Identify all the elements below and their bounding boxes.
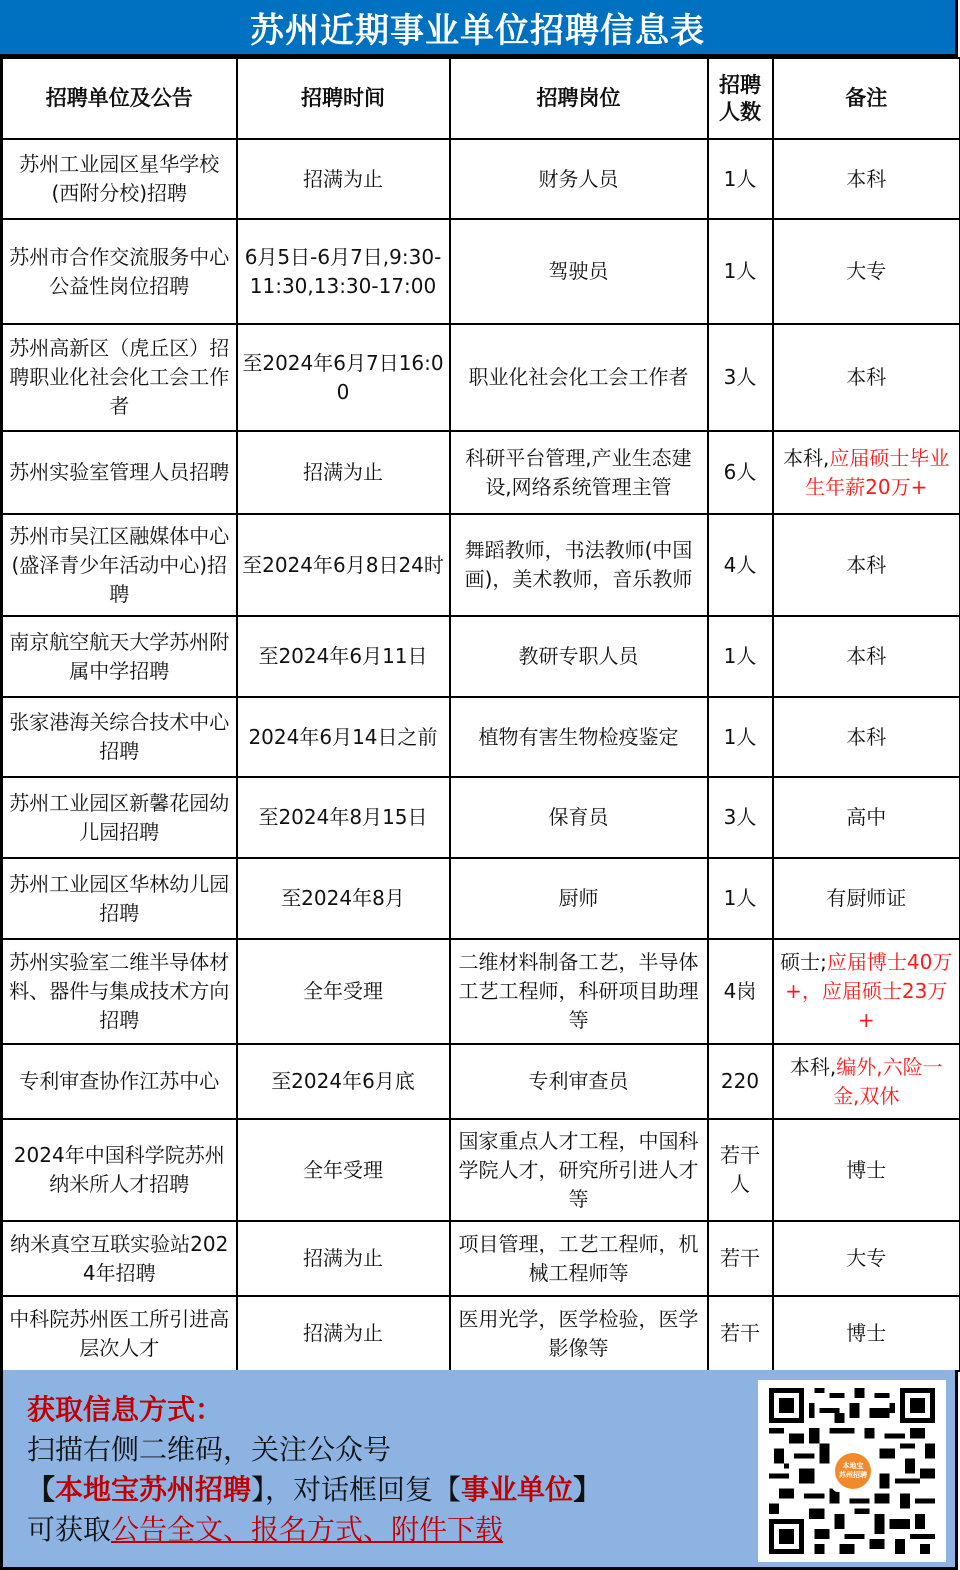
- cell-unit[interactable]: 苏州实验室管理人员招聘: [2, 431, 237, 514]
- logo-bottom-text: 苏州招聘: [835, 1471, 871, 1480]
- cell-position: 国家重点人才工程，中国科学院人才，研究所引进人才等: [450, 1119, 708, 1221]
- cell-time: 至2024年6月7日16:00: [237, 324, 450, 431]
- cell-time: 至2024年8月15日: [237, 777, 450, 858]
- footer-line-3-prefix: 可获取: [27, 1513, 111, 1546]
- cell-count: 1人: [708, 139, 773, 219]
- table-row: 苏州工业园区星华学校(西附分校)招聘招满为止财务人员1人本科: [2, 139, 960, 219]
- cell-unit[interactable]: 苏州市合作交流服务中心公益性岗位招聘: [2, 219, 237, 324]
- cell-time: 全年受理: [237, 939, 450, 1044]
- cell-time: 6月5日-6月7日,9:30-11:30,13:30-17:00: [237, 219, 450, 324]
- header-time: 招聘时间: [237, 58, 450, 139]
- cell-count: 若干人: [708, 1119, 773, 1221]
- cell-remark: 大专: [773, 219, 960, 324]
- cell-unit[interactable]: 纳米真空互联实验站2024年招聘: [2, 1221, 237, 1296]
- table-row: 苏州工业园区新馨花园幼儿园招聘至2024年8月15日保育员3人高中: [2, 777, 960, 858]
- account-name: 本地宝苏州招聘: [55, 1473, 251, 1506]
- header-unit: 招聘单位及公告: [2, 58, 237, 139]
- cell-remark: 硕士;应届博士40万+，应届硕士23万+: [773, 939, 960, 1044]
- cell-remark: 大专: [773, 1221, 960, 1296]
- cell-time: 至2024年6月底: [237, 1044, 450, 1119]
- footer-line-2: 【本地宝苏州招聘】，对话框回复【事业单位】: [27, 1470, 601, 1510]
- bendibao-logo: 本地宝 苏州招聘: [832, 1450, 874, 1492]
- cell-position: 教研专职人员: [450, 616, 708, 697]
- cell-count: 1人: [708, 858, 773, 939]
- cell-remark: 本科: [773, 514, 960, 616]
- remark-prefix: 本科,: [783, 446, 829, 470]
- table-row: 纳米真空互联实验站2024年招聘招满为止项目管理，工艺工程师，机械工程师等若干大…: [2, 1221, 960, 1296]
- cell-position: 厨师: [450, 858, 708, 939]
- recruitment-sheet: 苏州近期事业单位招聘信息表 招聘单位及公告 招聘时间 招聘岗位 招聘人数 备注 …: [0, 0, 960, 1570]
- cell-unit[interactable]: 苏州实验室二维半导体材料、器件与集成技术方向招聘: [2, 939, 237, 1044]
- downloads-link[interactable]: 公告全文、报名方式、附件下载: [111, 1513, 503, 1546]
- cell-position: 舞蹈教师，书法教师(中国画)，美术教师，音乐教师: [450, 514, 708, 616]
- cell-unit[interactable]: 南京航空航天大学苏州附属中学招聘: [2, 616, 237, 697]
- cell-count: 6人: [708, 431, 773, 514]
- cell-unit[interactable]: 中科院苏州医工所引进高层次人才: [2, 1296, 237, 1371]
- table-row: 苏州实验室管理人员招聘招满为止科研平台管理,产业生态建设,网络系统管理主管6人本…: [2, 431, 960, 514]
- table-row: 中科院苏州医工所引进高层次人才招满为止医用光学，医学检验，医学影像等若干博士: [2, 1296, 960, 1371]
- cell-remark: 本科: [773, 139, 960, 219]
- cell-count: 1人: [708, 616, 773, 697]
- cell-time: 招满为止: [237, 431, 450, 514]
- page-title: 苏州近期事业单位招聘信息表: [0, 0, 958, 57]
- cell-remark: 本科: [773, 697, 960, 777]
- remark-prefix: 本科,: [790, 1055, 836, 1079]
- cell-time: 全年受理: [237, 1119, 450, 1221]
- header-count: 招聘人数: [708, 58, 773, 139]
- cell-time: 招满为止: [237, 139, 450, 219]
- cell-count: 4岗: [708, 939, 773, 1044]
- cell-position: 植物有害生物检疫鉴定: [450, 697, 708, 777]
- qr-code[interactable]: 本地宝 苏州招聘: [758, 1380, 946, 1562]
- cell-remark: 博士: [773, 1119, 960, 1221]
- cell-position: 科研平台管理,产业生态建设,网络系统管理主管: [450, 431, 708, 514]
- footer-heading: 获取信息方式：: [27, 1390, 601, 1430]
- bracket-open: 【: [27, 1473, 55, 1506]
- cell-remark: 高中: [773, 777, 960, 858]
- cell-position: 驾驶员: [450, 219, 708, 324]
- cell-position: 专利审查员: [450, 1044, 708, 1119]
- table-row: 苏州实验室二维半导体材料、器件与集成技术方向招聘全年受理二维材料制备工艺，半导体…: [2, 939, 960, 1044]
- logo-top-text: 本地宝: [835, 1462, 871, 1471]
- cell-remark: 本科: [773, 616, 960, 697]
- bendibao-logo-badge: 本地宝 苏州招聘: [835, 1453, 871, 1489]
- cell-position: 保育员: [450, 777, 708, 858]
- cell-remark: 本科: [773, 324, 960, 431]
- recruitment-table: 招聘单位及公告 招聘时间 招聘岗位 招聘人数 备注 苏州工业园区星华学校(西附分…: [0, 57, 960, 1372]
- cell-time: 至2024年6月8日24时: [237, 514, 450, 616]
- cell-position: 财务人员: [450, 139, 708, 219]
- cell-count: 若干: [708, 1221, 773, 1296]
- cell-count: 3人: [708, 777, 773, 858]
- remark-prefix: 硕士;: [780, 950, 827, 974]
- reply-keyword: 事业单位: [461, 1473, 573, 1506]
- cell-unit[interactable]: 苏州工业园区新馨花园幼儿园招聘: [2, 777, 237, 858]
- footer-panel: 获取信息方式： 扫描右侧二维码，关注公众号 【本地宝苏州招聘】，对话框回复【事业…: [0, 1370, 958, 1570]
- cell-count: 若干: [708, 1296, 773, 1371]
- table-row: 苏州工业园区华林幼儿园招聘至2024年8月厨师1人有厨师证: [2, 858, 960, 939]
- cell-unit[interactable]: 专利审查协作江苏中心: [2, 1044, 237, 1119]
- cell-count: 220: [708, 1044, 773, 1119]
- footer-line-2-mid: 】，对话框回复【: [251, 1473, 461, 1506]
- remark-highlight: 编外,六险一金,双休: [833, 1055, 943, 1108]
- cell-count: 1人: [708, 219, 773, 324]
- cell-time: 2024年6月14日之前: [237, 697, 450, 777]
- cell-remark: 本科,编外,六险一金,双休: [773, 1044, 960, 1119]
- cell-remark: 本科,应届硕士毕业生年薪20万+: [773, 431, 960, 514]
- cell-position: 职业化社会化工会工作者: [450, 324, 708, 431]
- footer-instructions: 获取信息方式： 扫描右侧二维码，关注公众号 【本地宝苏州招聘】，对话框回复【事业…: [27, 1390, 601, 1550]
- header-remark: 备注: [773, 58, 960, 139]
- cell-count: 1人: [708, 697, 773, 777]
- table-header-row: 招聘单位及公告 招聘时间 招聘岗位 招聘人数 备注: [2, 58, 960, 139]
- cell-unit[interactable]: 苏州工业园区星华学校(西附分校)招聘: [2, 139, 237, 219]
- table-row: 苏州市吴江区融媒体中心(盛泽青少年活动中心)招聘至2024年6月8日24时舞蹈教…: [2, 514, 960, 616]
- cell-time: 至2024年6月11日: [237, 616, 450, 697]
- cell-position: 项目管理，工艺工程师，机械工程师等: [450, 1221, 708, 1296]
- cell-unit[interactable]: 苏州高新区（虎丘区）招聘职业化社会化工会工作者: [2, 324, 237, 431]
- cell-unit[interactable]: 张家港海关综合技术中心招聘: [2, 697, 237, 777]
- table-row: 苏州市合作交流服务中心公益性岗位招聘6月5日-6月7日,9:30-11:30,1…: [2, 219, 960, 324]
- table-row: 南京航空航天大学苏州附属中学招聘至2024年6月11日教研专职人员1人本科: [2, 616, 960, 697]
- table-row: 2024年中国科学院苏州纳米所人才招聘全年受理国家重点人才工程，中国科学院人才，…: [2, 1119, 960, 1221]
- table-row: 专利审查协作江苏中心至2024年6月底专利审查员220本科,编外,六险一金,双休: [2, 1044, 960, 1119]
- cell-count: 4人: [708, 514, 773, 616]
- cell-unit[interactable]: 苏州工业园区华林幼儿园招聘: [2, 858, 237, 939]
- bracket-close: 】: [573, 1473, 601, 1506]
- cell-unit[interactable]: 苏州市吴江区融媒体中心(盛泽青少年活动中心)招聘: [2, 514, 237, 616]
- cell-remark: 有厨师证: [773, 858, 960, 939]
- cell-position: 医用光学，医学检验，医学影像等: [450, 1296, 708, 1371]
- cell-time: 招满为止: [237, 1296, 450, 1371]
- header-position: 招聘岗位: [450, 58, 708, 139]
- cell-count: 3人: [708, 324, 773, 431]
- cell-position: 二维材料制备工艺，半导体工艺工程师，科研项目助理等: [450, 939, 708, 1044]
- cell-remark: 博士: [773, 1296, 960, 1371]
- cell-time: 招满为止: [237, 1221, 450, 1296]
- cell-unit[interactable]: 2024年中国科学院苏州纳米所人才招聘: [2, 1119, 237, 1221]
- cell-time: 至2024年8月: [237, 858, 450, 939]
- table-row: 苏州高新区（虎丘区）招聘职业化社会化工会工作者至2024年6月7日16:00职业…: [2, 324, 960, 431]
- footer-line-1: 扫描右侧二维码，关注公众号: [27, 1430, 601, 1470]
- footer-line-3: 可获取公告全文、报名方式、附件下载: [27, 1510, 601, 1550]
- table-row: 张家港海关综合技术中心招聘2024年6月14日之前植物有害生物检疫鉴定1人本科: [2, 697, 960, 777]
